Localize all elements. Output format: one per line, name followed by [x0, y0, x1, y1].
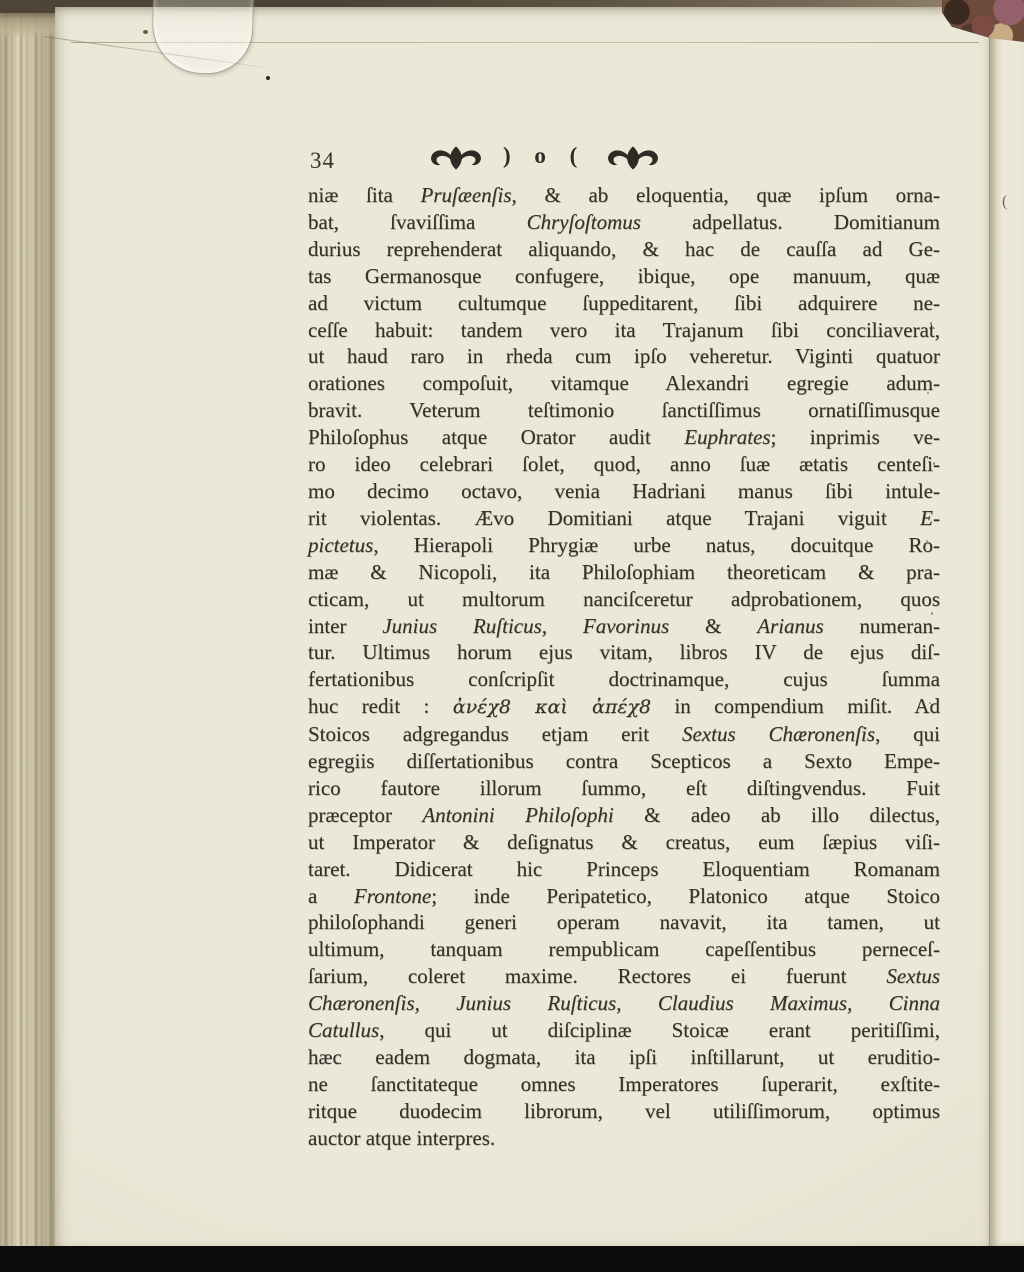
text-line: ritque duodecim librorum, vel utiliſſimo…: [308, 1098, 940, 1125]
text-line: rico fautore illorum ſummo, eſt diſtingv…: [308, 775, 940, 802]
text-segment: ultimum, tanquam rempublicam capeſſentib…: [308, 937, 940, 961]
text-segment: cticam, ut multorum nanciſceretur adprob…: [308, 587, 940, 611]
text-segment: , qui: [875, 722, 940, 746]
text-segment: inter: [308, 614, 382, 638]
facing-page-text-glimpse: (: [1002, 193, 1007, 211]
text-segment: tur. Ultimus horum ejus vitam, libros IV…: [308, 640, 940, 664]
italic-name: Arianus: [757, 614, 824, 638]
text-line: bat, ſvaviſſima Chryſoſtomus adpellatus.…: [308, 209, 940, 236]
book-page-edges-left: [0, 4, 57, 1246]
text-line: rit violentas. Ævo Domitiani atque Traja…: [308, 505, 940, 532]
text-line: fertationibus conſcripſit doctrinamque, …: [308, 666, 940, 693]
text-segment: , Hierapoli Phrygiæ urbe natus, docuitqu…: [373, 533, 940, 557]
text-line: inter Junius Ruſticus, Favorinus & Arian…: [308, 613, 940, 640]
fleuron-icon: [604, 143, 662, 173]
text-line: tur. Ultimus horum ejus vitam, libros IV…: [308, 639, 940, 666]
text-line: mo decimo octavo, venia Hadriani manus ſ…: [308, 478, 940, 505]
text-segment: bravit. Veterum teſtimonio ſanctiſſimus …: [308, 398, 940, 422]
text-line: taret. Didicerat hic Princeps Eloquentia…: [308, 856, 940, 883]
book-scan: 34 ) o ( niæ ſita Pruſæenſis, & ab eloqu…: [0, 0, 1024, 1272]
header-ornament: ) o (: [427, 143, 662, 173]
text-segment: bat, ſvaviſſima: [308, 210, 527, 234]
text-line: ceſſe habuit: tandem vero ita Trajanum ſ…: [308, 317, 940, 344]
text-segment: ; inprimis ve-: [771, 425, 940, 449]
text-segment: egregiis diſſertationibus contra Sceptic…: [308, 749, 940, 773]
text-segment: ritque duodecim librorum, vel utiliſſimo…: [308, 1099, 940, 1123]
text-segment: rico fautore illorum ſummo, eſt diſtingv…: [308, 776, 940, 800]
text-segment: orationes compoſuit, vitamque Alexandri …: [308, 371, 940, 395]
italic-name: Sextus Chæronenſis: [682, 722, 875, 746]
ink-speck: [931, 612, 933, 615]
text-segment: hæc eadem dogmata, ita ipſi inſtillarunt…: [308, 1045, 940, 1069]
text-segment: in compendium miſit. Ad: [651, 694, 940, 718]
text-segment: philoſophandi generi operam navavit, ita…: [308, 910, 940, 934]
text-segment: &: [669, 614, 757, 638]
text-segment: ne ſanctitateque omnes Imperatores ſuper…: [308, 1072, 940, 1096]
greek-phrase: ἀνέχ8 καὶ ἀπέχ8: [453, 696, 651, 718]
text-line: bravit. Veterum teſtimonio ſanctiſſimus …: [308, 397, 940, 424]
text-line: hæc eadem dogmata, ita ipſi inſtillarunt…: [308, 1044, 940, 1071]
italic-name: Frontone: [354, 884, 431, 908]
text-segment: Philoſophus atque Orator audit: [308, 425, 684, 449]
text-line: a Frontone; inde Peripatetico, Platonico…: [308, 883, 940, 910]
text-segment: ut Imperator & deſignatus & creatus, eum…: [308, 830, 940, 854]
text-line: huc redit : ἀνέχ8 καὶ ἀπέχ8 in compendiu…: [308, 693, 940, 721]
text-line: Stoicos adgregandus etjam erit Sextus Ch…: [308, 721, 940, 748]
text-segment: adpellatus. Domitianum: [641, 210, 940, 234]
text-line: egregiis diſſertationibus contra Sceptic…: [308, 748, 940, 775]
text-segment: & adeo ab illo dilectus,: [614, 803, 940, 827]
ink-speck: [929, 702, 931, 704]
text-line: cticam, ut multorum nanciſceretur adprob…: [308, 586, 940, 613]
text-line: auctor atque interpres.: [308, 1125, 940, 1152]
text-line: Philoſophus atque Orator audit Euphrates…: [308, 424, 940, 451]
ornament-center-text: ) o (: [503, 143, 586, 169]
text-line: tas Germanosque confugere, ibique, ope m…: [308, 263, 940, 290]
text-segment: tas Germanosque confugere, ibique, ope m…: [308, 264, 940, 288]
text-segment: mo decimo octavo, venia Hadriani manus ſ…: [308, 479, 940, 503]
text-line: durius reprehenderat aliquando, & hac de…: [308, 236, 940, 263]
text-line: ſarium, coleret maxime. Rectores ei fuer…: [308, 963, 940, 990]
text-line: Chæronenſis, Junius Ruſticus, Claudius M…: [308, 990, 940, 1017]
ink-speck: [930, 322, 932, 325]
text-line: ro ideo celebrari ſolet, quod, anno ſuæ …: [308, 451, 940, 478]
text-segment: a: [308, 884, 354, 908]
italic-name: Euphrates: [684, 425, 770, 449]
text-line: ut Imperator & deſignatus & creatus, eum…: [308, 829, 940, 856]
text-segment: niæ ſita: [308, 183, 421, 207]
text-segment: , & ab eloquentia, quæ ipſum orna-: [512, 183, 940, 207]
text-line: ut haud raro in rheda cum ipſo veheretur…: [308, 343, 940, 370]
text-segment: numeran-: [824, 614, 940, 638]
ink-speck: [933, 462, 935, 465]
page: 34 ) o ( niæ ſita Pruſæenſis, & ab eloqu…: [55, 7, 989, 1246]
italic-name: Junius Ruſticus, Favorinus: [382, 614, 669, 638]
text-line: ad victum cultumque ſuppeditarent, ſibi …: [308, 290, 940, 317]
italic-name: Chæronenſis, Junius Ruſticus, Claudius M…: [308, 991, 940, 1015]
fleuron-icon: [427, 143, 485, 173]
text-line: mæ & Nicopoli, ita Philoſophiam theoreti…: [308, 559, 940, 586]
text-segment: durius reprehenderat aliquando, & hac de…: [308, 237, 940, 261]
italic-name: Chryſoſtomus: [527, 210, 641, 234]
text-segment: ro ideo celebrari ſolet, quod, anno ſuæ …: [308, 452, 940, 476]
text-block: niæ ſita Pruſæenſis, & ab eloquentia, qu…: [308, 182, 940, 1152]
text-segment: auctor atque interpres.: [308, 1126, 495, 1150]
italic-name: pictetus: [308, 533, 373, 557]
italic-name: Antonini Philoſophi: [422, 803, 613, 827]
text-segment: ; inde Peripatetico, Platonico atque Sto…: [431, 884, 940, 908]
text-line: Catullus, qui ut diſciplinæ Stoicæ erant…: [308, 1017, 940, 1044]
ink-speck: [143, 30, 148, 34]
text-line: niæ ſita Pruſæenſis, & ab eloquentia, qu…: [308, 182, 940, 209]
text-segment: ſarium, coleret maxime. Rectores ei fuer…: [308, 964, 886, 988]
page-number: 34: [310, 148, 335, 174]
text-line: orationes compoſuit, vitamque Alexandri …: [308, 370, 940, 397]
italic-name: Pruſæenſis: [421, 183, 512, 207]
text-line: pictetus, Hierapoli Phrygiæ urbe natus, …: [308, 532, 940, 559]
text-segment: huc redit :: [308, 694, 453, 718]
text-line: ultimum, tanquam rempublicam capeſſentib…: [308, 936, 940, 963]
text-segment: mæ & Nicopoli, ita Philoſophiam theoreti…: [308, 560, 940, 584]
ink-speck: [927, 392, 929, 394]
text-line: ne ſanctitateque omnes Imperatores ſuper…: [308, 1071, 940, 1098]
text-segment: fertationibus conſcripſit doctrinamque, …: [308, 667, 940, 691]
ink-speck: [926, 540, 928, 542]
italic-name: Sextus: [886, 964, 940, 988]
text-segment: ut haud raro in rheda cum ipſo veheretur…: [308, 344, 940, 368]
text-segment: , qui ut diſciplinæ Stoicæ erant peritiſ…: [379, 1018, 940, 1042]
text-segment: taret. Didicerat hic Princeps Eloquentia…: [308, 857, 940, 881]
italic-name: E-: [920, 506, 940, 530]
italic-name: Catullus: [308, 1018, 379, 1042]
text-segment: rit violentas. Ævo Domitiani atque Traja…: [308, 506, 920, 530]
text-segment: Stoicos adgregandus etjam erit: [308, 722, 682, 746]
text-line: præceptor Antonini Philoſophi & adeo ab …: [308, 802, 940, 829]
text-segment: ad victum cultumque ſuppeditarent, ſibi …: [308, 291, 940, 315]
text-segment: ceſſe habuit: tandem vero ita Trajanum ſ…: [308, 318, 940, 342]
text-segment: præceptor: [308, 803, 422, 827]
ink-speck: [266, 76, 270, 80]
text-line: philoſophandi generi operam navavit, ita…: [308, 909, 940, 936]
